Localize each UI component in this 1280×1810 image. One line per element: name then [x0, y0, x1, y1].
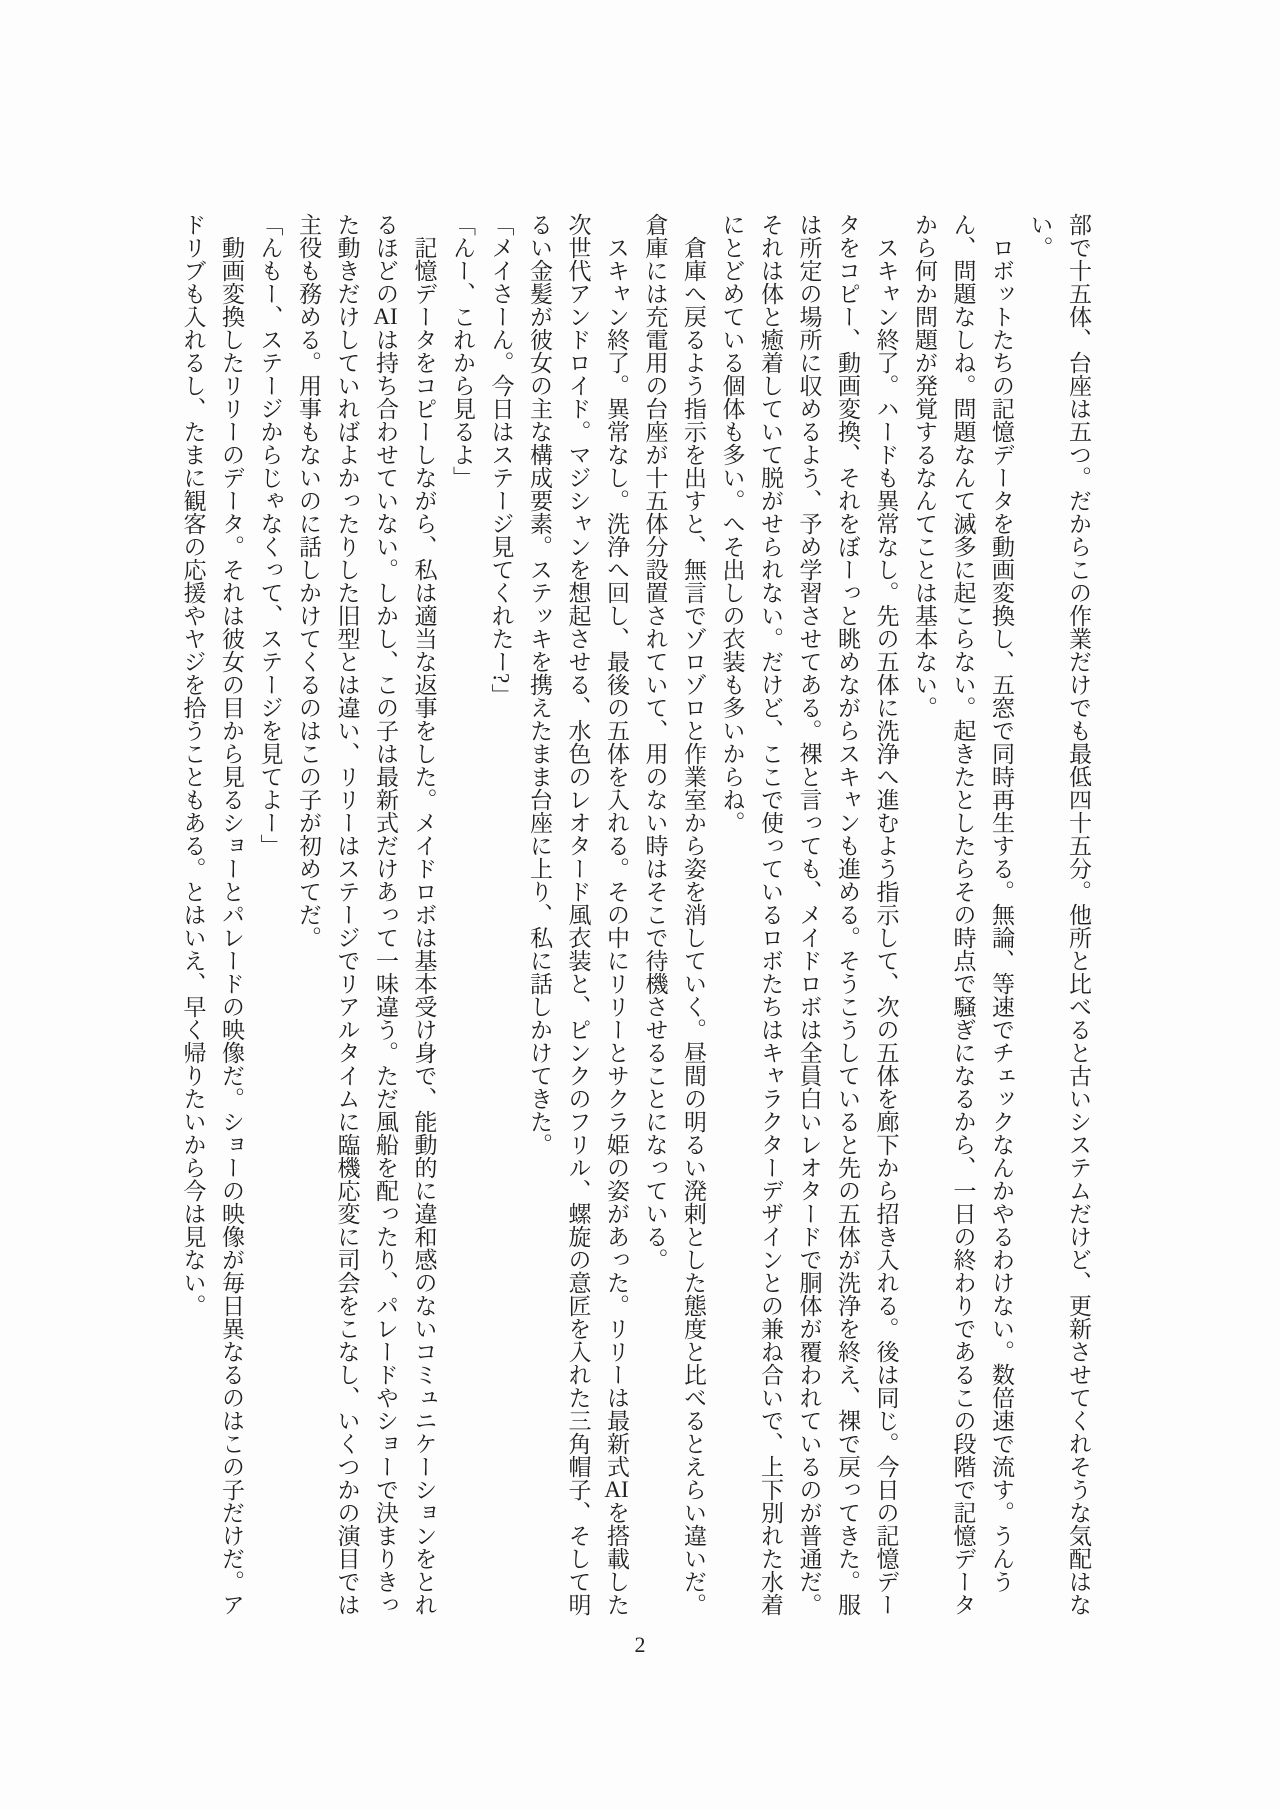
vertical-text-block: 部で十五体、台座は五つ。だからこの作業だけでも最低四十五分。他所と比べると古いシ… — [197, 213, 1097, 1621]
paragraph: スキャン終了。ハードも異常なし。先の五体に洗浄へ進むよう指示して、次の五体を廊下… — [712, 213, 905, 1621]
paragraph-dialogue: 「んもー、ステージからじゃなくって、ステージを見てよー」 — [250, 213, 289, 1621]
paragraph: 動画変換したリリーのデータ。それは彼女の目から見るショーとパレードの映像だ。ショ… — [173, 213, 250, 1621]
paragraph: 倉庫へ戻るよう指示を出すと、無言でゾロゾロと作業室から姿を消していく。昼間の明る… — [635, 213, 712, 1621]
paragraph-dialogue: 「んー、これから見るよ」 — [443, 213, 482, 1621]
paragraph: 部で十五体、台座は五つ。だからこの作業だけでも最低四十五分。他所と比べると古いシ… — [1020, 213, 1097, 1621]
paragraph-dialogue: 「メイさーん。今日はステージ見てくれたー?」 — [481, 213, 520, 1621]
paragraph: 記憶データをコピーしながら、私は適当な返事をした。メイドロボは基本受け身で、能動… — [289, 213, 443, 1621]
page-number: 2 — [0, 1632, 1280, 1658]
latin-tcy: AI — [373, 305, 398, 328]
paragraph: ロボットたちの記憶データを動画変換し、五窓で同時再生する。無論、等速でチェックな… — [905, 213, 1021, 1621]
latin-tcy: AI — [604, 1478, 629, 1501]
novel-page-scan: { "document": { "page_number": "2", "tex… — [0, 0, 1280, 1810]
paragraph: スキャン終了。異常なし。洗浄へ回し、最後の五体を入れる。その中にリリーとサクラ姫… — [520, 213, 636, 1621]
page: 部で十五体、台座は五つ。だからこの作業だけでも最低四十五分。他所と比べると古いシ… — [0, 0, 1280, 1810]
